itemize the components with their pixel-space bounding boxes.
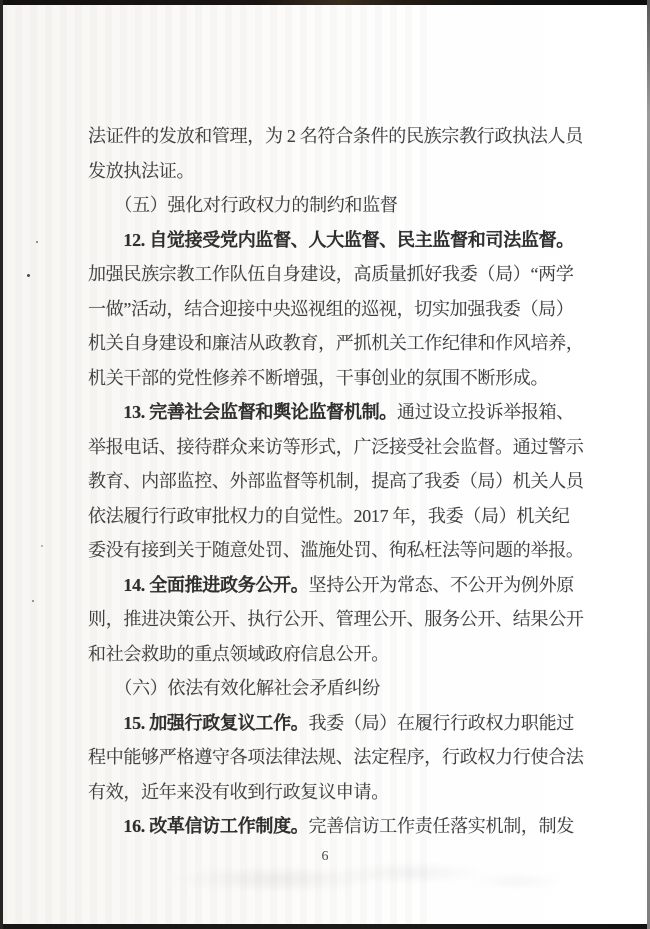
item-12-heading: 12. 自觉接受党内监督、人大监督、民主监督和司法监督。 — [88, 223, 593, 258]
text-line: 一做”活动，结合迎接中央巡视组的巡视，切实加强我委（局） — [88, 292, 593, 327]
scan-speck — [27, 274, 30, 277]
section-heading-6: （六）依法有效化解社会矛盾纠纷 — [88, 671, 593, 706]
text-line: 发放执法证。 — [88, 154, 593, 189]
text-line: 机关干部的党性修养不断增强，干事创业的氛围不断形成。 — [88, 361, 593, 396]
document-body: 法证件的发放和管理，为 2 名符合条件的民族宗教行政执法人员 发放执法证。 （五… — [88, 119, 593, 844]
text-line: 依法履行行政审批权力的自觉性。2017 年，我委（局）机关纪 — [88, 499, 593, 534]
text-line: 和社会救助的重点领域政府信息公开。 — [88, 637, 593, 672]
section-heading-5: （五）强化对行政权力的制约和监督 — [88, 188, 593, 223]
scan-edge-left — [0, 0, 3, 929]
text-line: 法证件的发放和管理，为 2 名符合条件的民族宗教行政执法人员 — [88, 119, 593, 154]
scanned-document-page: 法证件的发放和管理，为 2 名符合条件的民族宗教行政执法人员 发放执法证。 （五… — [0, 0, 650, 929]
text-line: 程中能够严格遵守各项法律法规、法定程序，行政权力行使合法 — [88, 740, 593, 775]
item-16-heading: 16. 改革信访工作制度。完善信访工作责任落实机制，制发 — [88, 809, 593, 844]
page-number: 6 — [0, 849, 650, 865]
text-line: 机关自身建设和廉洁从政教育，严抓机关工作纪律和作风培养， — [88, 326, 593, 361]
scan-speck — [36, 241, 38, 243]
text-line: 委没有接到关于随意处罚、滥施处罚、徇私枉法等问题的举报。 — [88, 533, 593, 568]
scan-speck — [32, 600, 34, 602]
scan-edge-bottom — [0, 924, 650, 929]
text-line: 教育、内部监控、外部监督等机制，提高了我委（局）机关人员 — [88, 464, 593, 499]
item-13-heading: 13. 完善社会监督和舆论监督机制。通过设立投诉举报箱、 — [88, 395, 593, 430]
text-line: 加强民族宗教工作队伍自身建设，高质量抓好我委（局）“两学 — [88, 257, 593, 292]
item-15-heading: 15. 加强行政复议工作。我委（局）在履行行政权力职能过 — [88, 706, 593, 741]
text-line: 有效，近年来没有收到行政复议申请。 — [88, 775, 593, 810]
scan-edge-top — [0, 0, 650, 5]
item-14-heading: 14. 全面推进政务公开。坚持公开为常态、不公开为例外原 — [88, 568, 593, 603]
text-line: 举报电话、接待群众来访等形式，广泛接受社会监督。通过警示 — [88, 430, 593, 465]
text-line: 则，推进决策公开、执行公开、管理公开、服务公开、结果公开 — [88, 602, 593, 637]
scan-speck — [41, 545, 43, 547]
